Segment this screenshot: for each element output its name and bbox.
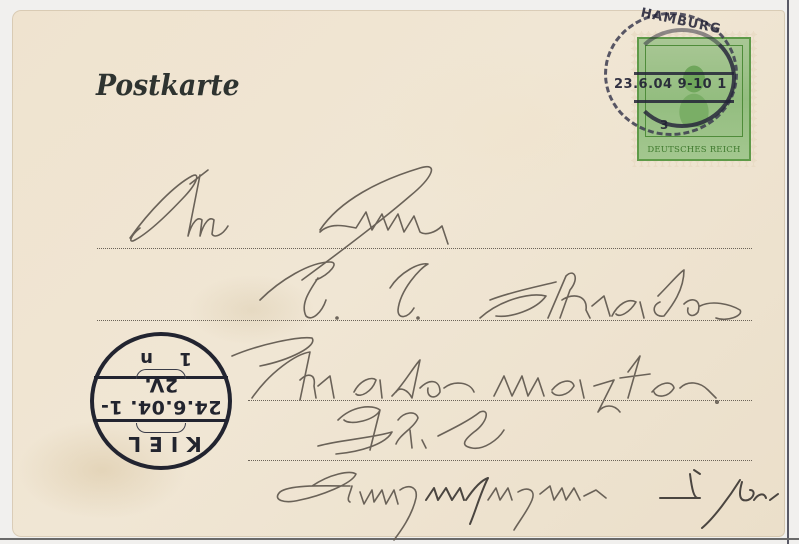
hamburg-postmark-date: 23.6.04 9-10 1	[614, 77, 727, 92]
scanner-edge-bottom	[0, 538, 799, 540]
kiel-postmark-date: 24.6.04. 1-2V.	[90, 374, 232, 418]
kiel-postmark: KIEL 24.6.04. 1-2V. 1 n	[90, 332, 232, 470]
hamburg-postmark-bar	[634, 100, 734, 103]
address-line-1	[97, 248, 752, 249]
stamp-country-label: DEUTSCHES REICH	[639, 145, 749, 155]
postcard-title: Postkarte	[96, 68, 240, 102]
kiel-postmark-city: KIEL	[90, 432, 232, 456]
address-line-3	[248, 400, 752, 401]
kiel-postmark-office: 1 n	[90, 348, 232, 369]
address-line-4	[248, 460, 752, 461]
scanner-edge-right	[787, 0, 789, 544]
hamburg-postmark-bar	[634, 72, 734, 75]
hamburg-postmark-office: 3	[660, 118, 668, 132]
address-line-2	[97, 320, 752, 321]
